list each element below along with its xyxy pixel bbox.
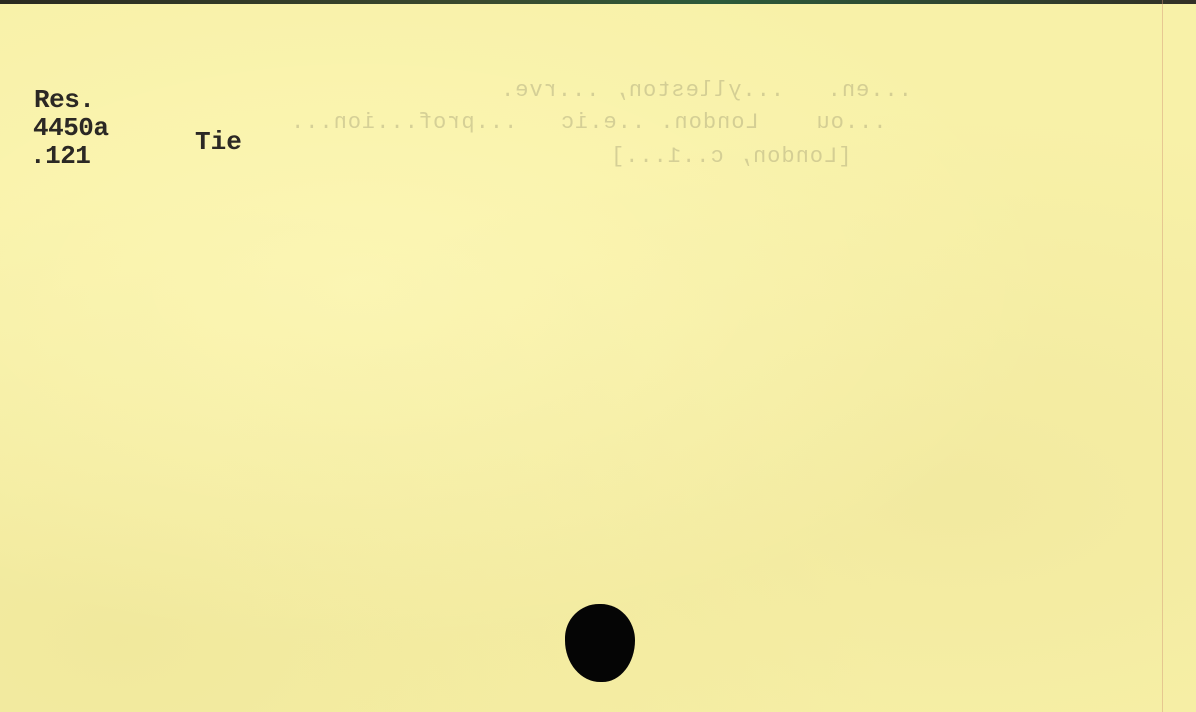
bleed-through-text-line3: [London, c..1...]	[610, 144, 851, 169]
catalog-card: Res. 4450a .121 Tie ...en. ...ylleston, …	[0, 0, 1196, 712]
bleed-through-text-line1: ...en. ...ylleston, ...rve.	[500, 78, 912, 103]
call-number: Res. 4450a .121	[30, 86, 109, 170]
bleed-through-text-line2: ...ou London. ..e.ic ...prof...ion...	[290, 110, 887, 135]
red-margin-rule	[1162, 0, 1163, 712]
author-abbreviation: Tie	[195, 128, 242, 156]
call-number-class: 4450a	[30, 114, 109, 142]
punch-hole	[565, 604, 635, 682]
card-top-edge	[0, 0, 1196, 4]
call-number-collection: Res.	[30, 86, 109, 114]
call-number-cutter: .121	[30, 142, 109, 170]
